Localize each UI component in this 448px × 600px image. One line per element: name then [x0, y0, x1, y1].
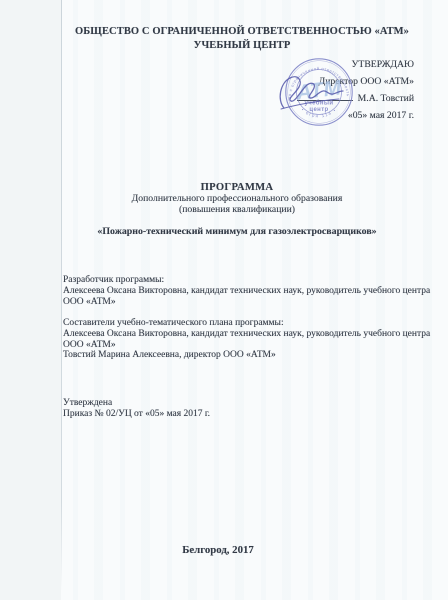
compilers-line-3: Товстий Марина Алексеевна, директор ООО … — [63, 350, 419, 361]
title-block: ПРОГРАММА Дополнительного профессиональн… — [62, 182, 412, 237]
scan-margin-strip — [0, 0, 61, 600]
company-name: ОБЩЕСТВО С ОГРАНИЧЕННОЙ ОТВЕТСТВЕННОСТЬЮ… — [62, 25, 422, 39]
compilers-label: Составители учебно-тематического плана п… — [63, 318, 419, 329]
footer-city-year: Белгород, 2017 — [62, 544, 374, 556]
program-name: «Пожарно-технический минимум для газоэле… — [62, 226, 412, 237]
developer-line-2: ООО «АТМ» — [63, 297, 419, 308]
company-subtitle: УЧЕБНЫЙ ЦЕНТР — [62, 39, 422, 53]
document-page: ОБЩЕСТВО С ОГРАНИЧЕННОЙ ОТВЕТСТВЕННОСТЬЮ… — [0, 0, 448, 600]
compilers-line-1: Алексеева Оксана Викторовна, кандидат те… — [63, 329, 419, 340]
people-block: Разработчик программы: Алексеева Оксана … — [63, 275, 419, 371]
approval-order-block: Утверждена Приказ № 02/УЦ от «05» мая 20… — [63, 398, 210, 420]
approval-signer: М.А. Товстий — [358, 93, 414, 104]
developer-label: Разработчик программы: — [63, 275, 419, 286]
developer-line-1: Алексеева Оксана Викторовна, кандидат те… — [63, 286, 419, 297]
compilers-paragraph: Составители учебно-тематического плана п… — [63, 318, 419, 362]
scan-edge-line — [61, 0, 62, 591]
approved-order: Приказ № 02/УЦ от «05» мая 2017 г. — [63, 409, 210, 420]
signature-scribble-icon — [277, 70, 361, 112]
company-header: ОБЩЕСТВО С ОГРАНИЧЕННОЙ ОТВЕТСТВЕННОСТЬЮ… — [62, 25, 422, 52]
title-subtitle-1: Дополнительного профессионального образо… — [62, 193, 412, 204]
compilers-line-2: ООО «АТМ» — [63, 340, 419, 351]
document-title: ПРОГРАММА — [62, 182, 412, 193]
title-subtitle-2: (повышения квалификации) — [62, 204, 412, 215]
approved-label: Утверждена — [63, 398, 210, 409]
developer-paragraph: Разработчик программы: Алексеева Оксана … — [63, 275, 419, 308]
